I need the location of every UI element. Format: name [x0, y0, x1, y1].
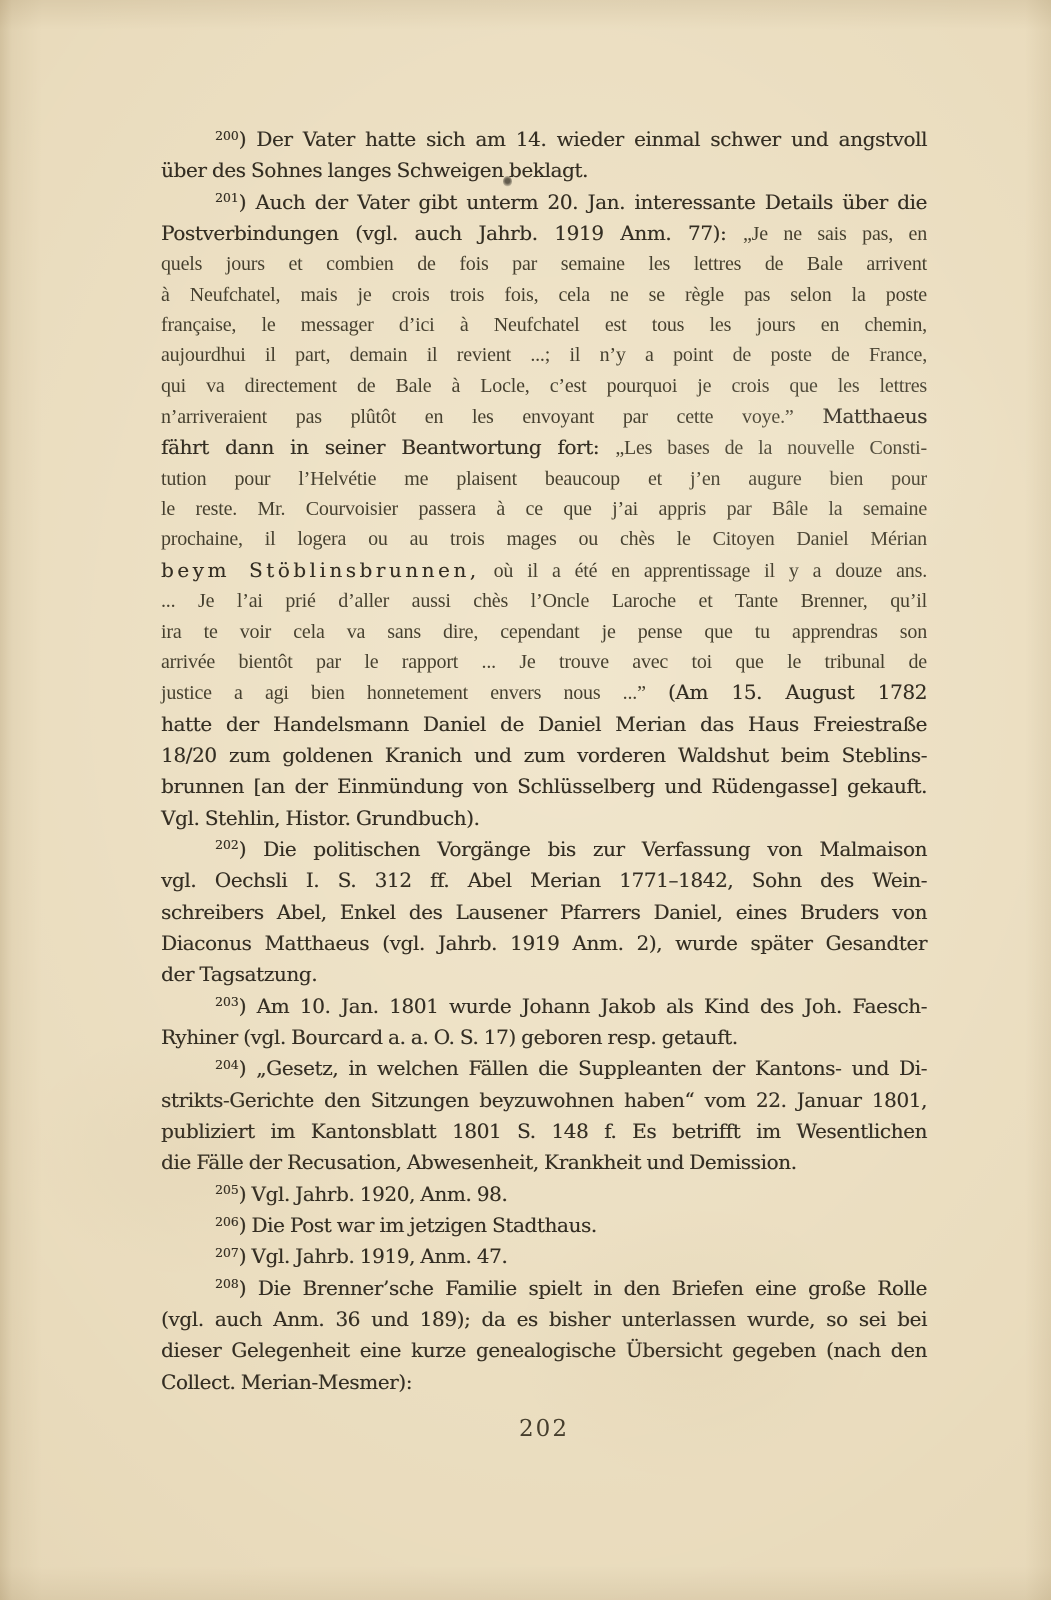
- text-line: Vgl. Stehlin, Histor. Grundbuch).: [161, 803, 927, 834]
- footnote-number: 202: [215, 837, 239, 852]
- fraktur-text: brunnen [an der Einmündung von Schlüssel…: [161, 774, 927, 798]
- fraktur-text: hatte der Handelsmann Daniel de Daniel M…: [161, 712, 927, 736]
- text-line: à Neufchatel, mais je crois trois fois, …: [161, 280, 927, 310]
- fraktur-text: 18/20 zum goldenen Kranich und zum vorde…: [161, 743, 927, 767]
- footnote-number: 207: [215, 1245, 239, 1260]
- text-line: dieser Gelegenheit eine kurze genealogis…: [161, 1335, 927, 1366]
- text-line: quels jours et combien de fois par semai…: [161, 249, 927, 279]
- text-line: Postverbindungen (vgl. auch Jahrb. 1919 …: [161, 218, 927, 249]
- fraktur-text: Diaconus Matthaeus (vgl. Jahrb. 1919 Anm…: [161, 931, 927, 955]
- text-line: publiziert im Kantonsblatt 1801 S. 148 f…: [161, 1116, 927, 1147]
- fraktur-text: Matthaeus: [822, 404, 927, 428]
- fraktur-text: 200) Der Vater hatte sich am 14. wieder …: [215, 127, 927, 151]
- text-line: Diaconus Matthaeus (vgl. Jahrb. 1919 Anm…: [161, 928, 927, 959]
- footnote-number: 208: [215, 1276, 239, 1291]
- text-line: beym Stöblinsbrunnen, où il a été en app…: [161, 555, 927, 586]
- text-line: brunnen [an der Einmündung von Schlüssel…: [161, 771, 927, 802]
- fraktur-text: 202) Die politischen Vorgänge bis zur Ve…: [215, 837, 927, 861]
- text-line: hatte der Handelsmann Daniel de Daniel M…: [161, 709, 927, 740]
- text-line: aujourdhui il part, demain il revient ..…: [161, 340, 927, 370]
- fraktur-text: 205) Vgl. Jahrb. 1920, Anm. 98.: [215, 1182, 507, 1206]
- text-line: le reste. Mr. Courvoisier passera à ce q…: [161, 494, 927, 524]
- footnote-number: 203: [215, 994, 239, 1009]
- fraktur-text: schreibers Abel, Enkel des Lausener Pfar…: [161, 900, 927, 924]
- footnote-number: 205: [215, 1182, 239, 1197]
- text-line: fährt dann in seiner Beantwortung fort: …: [161, 432, 927, 463]
- footnote-number: 204: [215, 1057, 239, 1072]
- text-line: arrivée bientôt par le rapport ... Je tr…: [161, 647, 927, 677]
- fraktur-text: über des Sohnes langes Schweigen beklagt…: [161, 158, 588, 182]
- fraktur-text: 204) „Gesetz, in welchen Fällen die Supp…: [215, 1056, 927, 1080]
- text-line: über des Sohnes langes Schweigen beklagt…: [161, 155, 927, 186]
- text-line: der Tagsatzung.: [161, 959, 927, 990]
- fraktur-text: (vgl. auch Anm. 36 und 189); da es bishe…: [161, 1307, 927, 1331]
- text-line: tution pour l’Helvétie me plaisent beauc…: [161, 464, 927, 494]
- text-line: (vgl. auch Anm. 36 und 189); da es bishe…: [161, 1304, 927, 1335]
- fraktur-text: strikts-Gerichte den Sitzungen beyzuwohn…: [161, 1088, 927, 1112]
- fraktur-text: die Fälle der Recusation, Abwesenheit, K…: [161, 1150, 797, 1174]
- text-line: die Fälle der Recusation, Abwesenheit, K…: [161, 1147, 927, 1178]
- fraktur-text: fährt dann in seiner Beantwortung fort:: [161, 435, 615, 459]
- fraktur-text: Ryhiner (vgl. Bourcard a. a. O. S. 17) g…: [161, 1025, 738, 1049]
- page-number: 202: [161, 1416, 927, 1442]
- text-line: vgl. Oechsli I. S. 312 ff. Abel Merian 1…: [161, 865, 927, 896]
- text-line: 208) Die Brenner’sche Familie spielt in …: [161, 1273, 927, 1304]
- footnotes-text: 200) Der Vater hatte sich am 14. wieder …: [161, 124, 927, 1398]
- footnote-number: 200: [215, 128, 239, 143]
- text-line: strikts-Gerichte den Sitzungen beyzuwohn…: [161, 1085, 927, 1116]
- fraktur-text: Vgl. Stehlin, Histor. Grundbuch).: [161, 806, 480, 830]
- footnote-number: 206: [215, 1214, 239, 1229]
- text-line: 201) Auch der Vater gibt unterm 20. Jan.…: [161, 187, 927, 218]
- text-line: Ryhiner (vgl. Bourcard a. a. O. S. 17) g…: [161, 1022, 927, 1053]
- text-line: 207) Vgl. Jahrb. 1919, Anm. 47.: [161, 1241, 927, 1272]
- text-line: schreibers Abel, Enkel des Lausener Pfar…: [161, 897, 927, 928]
- text-line: n’arriveraient pas plûtôt en les envoyan…: [161, 401, 927, 432]
- text-line: 203) Am 10. Jan. 1801 wurde Johann Jakob…: [161, 991, 927, 1022]
- book-page-scan: 200) Der Vater hatte sich am 14. wieder …: [0, 0, 1051, 1600]
- text-line: 205) Vgl. Jahrb. 1920, Anm. 98.: [161, 1179, 927, 1210]
- fraktur-text: der Tagsatzung.: [161, 962, 317, 986]
- text-line: 18/20 zum goldenen Kranich und zum vorde…: [161, 740, 927, 771]
- text-line: ... Je l’ai prié d’aller aussi chès l’On…: [161, 586, 927, 616]
- text-line: française, le messager d’ici à Neufchate…: [161, 310, 927, 340]
- fraktur-text: 207) Vgl. Jahrb. 1919, Anm. 47.: [215, 1244, 507, 1268]
- text-line: prochaine, il logera ou au trois mages o…: [161, 524, 927, 554]
- text-line: justice a agi bien honnetement envers no…: [161, 677, 927, 708]
- letterspaced-text: beym Stöblinsbrunnen,: [161, 558, 480, 582]
- fraktur-text: dieser Gelegenheit eine kurze genealogis…: [161, 1338, 927, 1362]
- fraktur-text: 201) Auch der Vater gibt unterm 20. Jan.…: [215, 190, 927, 214]
- footnote-number: 201: [215, 190, 239, 205]
- fraktur-text: vgl. Oechsli I. S. 312 ff. Abel Merian 1…: [161, 868, 927, 892]
- text-line: ira te voir cela va sans dire, cependant…: [161, 617, 927, 647]
- text-line: 200) Der Vater hatte sich am 14. wieder …: [161, 124, 927, 155]
- text-line: 206) Die Post war im jetzigen Stadthaus.: [161, 1210, 927, 1241]
- fraktur-text: 203) Am 10. Jan. 1801 wurde Johann Jakob…: [215, 994, 927, 1018]
- text-line: 204) „Gesetz, in welchen Fällen die Supp…: [161, 1053, 927, 1084]
- text-line: Collect. Merian-Mesmer):: [161, 1367, 927, 1398]
- fraktur-text: 206) Die Post war im jetzigen Stadthaus.: [215, 1213, 597, 1237]
- fraktur-text: Postverbindungen (vgl. auch Jahrb. 1919 …: [161, 221, 743, 245]
- fraktur-text: publiziert im Kantonsblatt 1801 S. 148 f…: [161, 1119, 927, 1143]
- fraktur-text: (Am 15. August 1782: [668, 680, 927, 704]
- fraktur-text: Collect. Merian-Mesmer):: [161, 1370, 412, 1394]
- text-line: 202) Die politischen Vorgänge bis zur Ve…: [161, 834, 927, 865]
- text-line: qui va directement de Bale à Locle, c’es…: [161, 371, 927, 401]
- fraktur-text: 208) Die Brenner’sche Familie spielt in …: [215, 1276, 927, 1300]
